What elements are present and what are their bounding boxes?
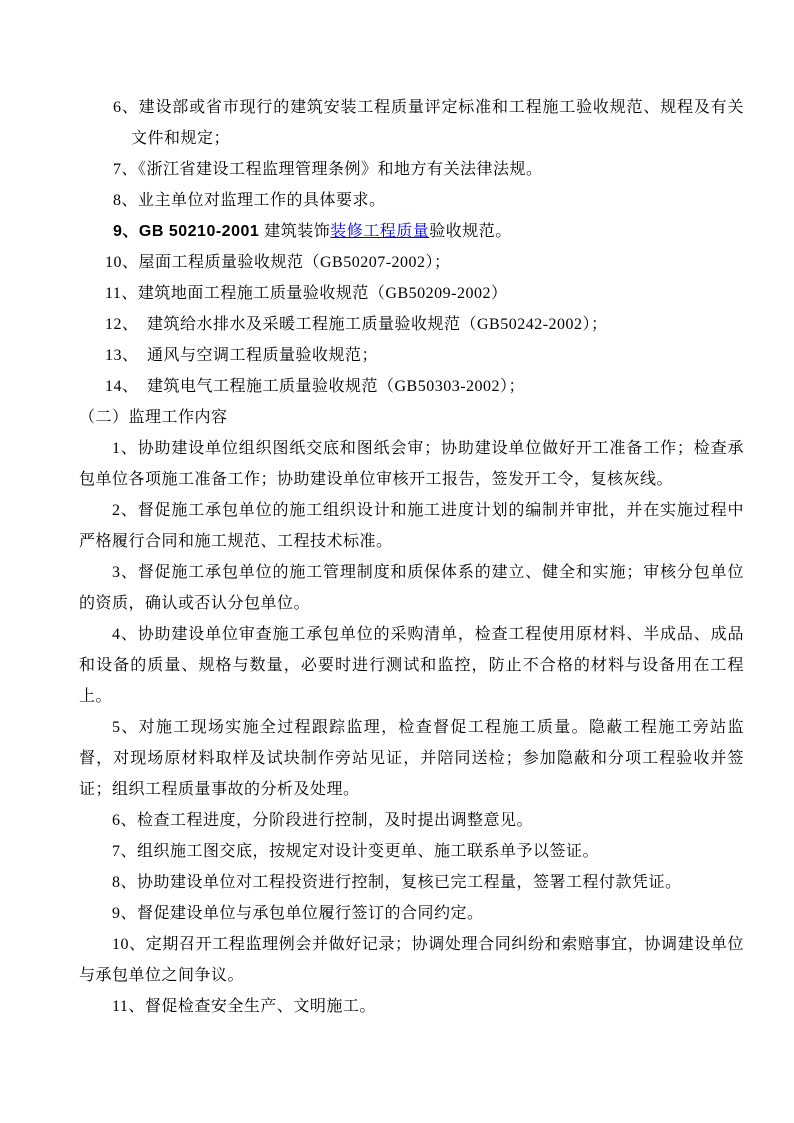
work-item-5: 5、对施工现场实施全过程跟踪监理，检查督促工程施工质量。隐蔽工程施工旁站监督，对… [79,712,744,805]
work-item-6: 6、检查工程进度，分阶段进行控制，及时提出调整意见。 [79,805,744,836]
work-item-9: 9、督促建设单位与承包单位履行签订的合同约定。 [79,898,744,929]
reference-item-9-text: 建筑装饰 [264,223,330,240]
reference-item-8: 8、业主单位对监理工作的具体要求。 [131,185,744,216]
reference-item-12: 12、 建筑给水排水及采暖工程施工质量验收规范（GB50242-2002）； [131,309,744,340]
work-item-1: 1、协助建设单位组织图纸交底和图纸会审；协助建设单位做好开工准备工作；检查承包单… [79,433,744,495]
work-item-4: 4、协助建设单位审查施工承包单位的采购清单，检查工程使用原材料、半成品、成品和设… [79,619,744,712]
reference-item-10: 10、屋面工程质量验收规范（GB50207-2002）； [131,247,744,278]
work-item-2: 2、督促施工承包单位的施工组织设计和施工进度计划的编制并审批，并在实施过程中严格… [79,495,744,557]
reference-item-9: 9、GB 50210-2001 建筑装饰装修工程质量验收规范。 [131,216,744,247]
reference-item-11: 11、建筑地面工程施工质量验收规范（GB50209-2002） [131,278,744,309]
zhuangxiu-quality-hyperlink[interactable]: 装修工程质量 [330,223,429,240]
reference-item-14: 14、 建筑电气工程施工质量验收规范（GB50303-2002）； [131,371,744,402]
work-item-10: 10、定期召开工程监理例会并做好记录；协调处理合同纠纷和索赔事宜，协调建设单位与… [79,929,744,991]
work-item-8: 8、协助建设单位对工程投资进行控制，复核已完工程量，签署工程付款凭证。 [79,867,744,898]
work-item-3: 3、督促施工承包单位的施工管理制度和质保体系的建立、健全和实施；审核分包单位的资… [79,557,744,619]
section-heading: （二）监理工作内容 [79,402,744,433]
work-item-7: 7、组织施工图交底，按规定对设计变更单、施工联系单予以签证。 [79,836,744,867]
reference-item-9-text-tail: 验收规范。 [429,223,512,240]
work-item-11: 11、督促检查安全生产、文明施工。 [79,991,744,1022]
reference-item-13: 13、 通风与空调工程质量验收规范； [131,340,744,371]
reference-item-6: 6、建设部或省市现行的建筑安装工程质量评定标准和工程施工验收规范、规程及有关文件… [131,92,744,154]
standard-code-bold: 9、GB 50210-2001 [113,223,264,240]
document-page: 6、建设部或省市现行的建筑安装工程质量评定标准和工程施工验收规范、规程及有关文件… [0,0,794,1123]
reference-item-7: 7、《浙江省建设工程监理管理条例》和地方有关法律法规。 [131,154,744,185]
